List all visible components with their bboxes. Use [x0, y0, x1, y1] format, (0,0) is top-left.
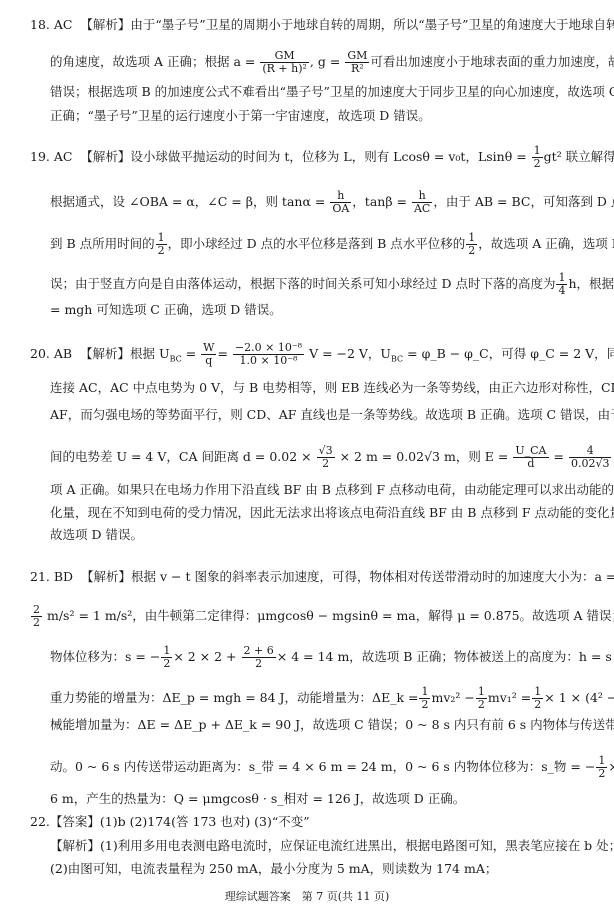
q20-line-5: 项 A 正确。如果只在电场力作用下沿直线 BF 由 B 点移到 F 点移动电荷，…: [50, 482, 614, 498]
q20-line-7: 故选项 D 错误。: [50, 527, 143, 543]
q18-line-3: 错误；根据选项 B 的加速度公式不难看出“墨子号”卫星的加速度大于同步卫星的向心…: [50, 84, 614, 100]
q19-line-5: = mgh 可知选项 C 正确，选项 D 错误。: [50, 302, 282, 318]
q20-line-2: 连接 AC，AC 中点电势为 0 V，与 B 电势相等，则 EB 连线必为一条等…: [50, 380, 614, 396]
q21-number: 21. BD: [30, 569, 73, 584]
q21-line-1: 21. BD 【解析】根据 v − t 图象的斜率表示加速度，可得，物体相对传送…: [30, 565, 614, 590]
q21-line-7: 6 m，产生的热量为：Q = μmgcosθ · s_相对 = 126 J，故选…: [50, 791, 465, 807]
q19-line-1: 19. AC 【解析】设小球做平抛运动的时间为 t，位移为 L，则有 Lcosθ…: [30, 145, 614, 170]
q19-number: 19. AC: [30, 149, 72, 164]
q20-line-6: 化量，现在不知到电荷的受力情况，因此无法求出将该点电荷沿直线 BF 由 B 点移…: [50, 505, 614, 521]
q19-line-4: 误；由于竖直方向是自由落体运动，根据下落的时间关系可知小球经过 D 点时下落的高…: [50, 272, 614, 297]
q22-line-1: 22.【答案】(1)b (2)174(答 173 也对) (3)“不变”: [30, 814, 310, 830]
q22-answer: 【答案】(1)b (2)174(答 173 也对) (3)“不变”: [50, 814, 310, 829]
q18-tag: 【解析】: [80, 17, 130, 32]
q21-line-2: 22 m/s² = 1 m/s²，由牛顿第二定律得：μmgcosθ − mgsi…: [30, 604, 614, 629]
q20-line-3: AF，而匀强电场的等势面平行，则 CD、AF 直线也是一条等势线。故选项 B 正…: [50, 407, 614, 423]
q18-number: 18. AC: [30, 17, 72, 32]
fraction: GMR²: [345, 50, 369, 75]
fraction: GM(R + h)²: [260, 50, 309, 75]
q18-line-4: 正确；“墨子号”卫星的运行速度小于第一宇宙速度，故选项 D 错误。: [50, 108, 431, 124]
q20-line-1: 20. AB 【解析】根据 UBC = Wq= −2.0 × 10⁻⁸1.0 ×…: [30, 342, 614, 368]
q21-line-3: 物体位移为：s = −12× 2 × 2 + 2 + 62× 4 = 14 m，…: [50, 645, 614, 670]
q18-line-2: 的角速度，故选项 A 正确；根据 a = GM(R + h)², g = GMR…: [50, 50, 614, 75]
q21-line-5: 械能增加量为：ΔE = ΔE_p + ΔE_k = 90 J，故选项 C 错误；…: [50, 717, 614, 733]
q18-line-1: 18. AC 【解析】由于“墨子号”卫星的周期小于地球自转的周期，所以“墨子号”…: [30, 17, 614, 33]
q22-line-2: 【解析】(1)利用多用电表测电路电流时，应保证电流红进黑出，根据电路图可知，黑表…: [50, 838, 614, 854]
q21-line-4: 重力势能的增量为：ΔE_p = mgh = 84 J，动能增量为：ΔE_k =1…: [50, 686, 614, 711]
q20-line-4: 间的电势差 U = 4 V，CA 间距离 d = 0.02 × √32 × 2 …: [50, 445, 614, 470]
q22-number: 22.: [30, 814, 50, 829]
q21-line-6: 动。0 ~ 6 s 内传送带运动距离为：s_带 = 4 × 6 m = 24 m…: [50, 755, 614, 780]
page-footer: 理综试题答案 第 7 页(共 11 页): [0, 888, 614, 904]
q20-number: 20. AB: [30, 346, 72, 361]
q22-line-3: (2)由图可知，电流表量程为 250 mA，最小分度为 5 mA，则读数为 17…: [50, 861, 497, 877]
q19-line-3: 到 B 点所用时间的12，即小球经过 D 点的水平位移是落到 B 点水平位移的1…: [50, 232, 614, 257]
q19-line-2: 根据通式，设 ∠OBA = α，∠C = β，则 tanα = hOA，tanβ…: [50, 190, 614, 215]
